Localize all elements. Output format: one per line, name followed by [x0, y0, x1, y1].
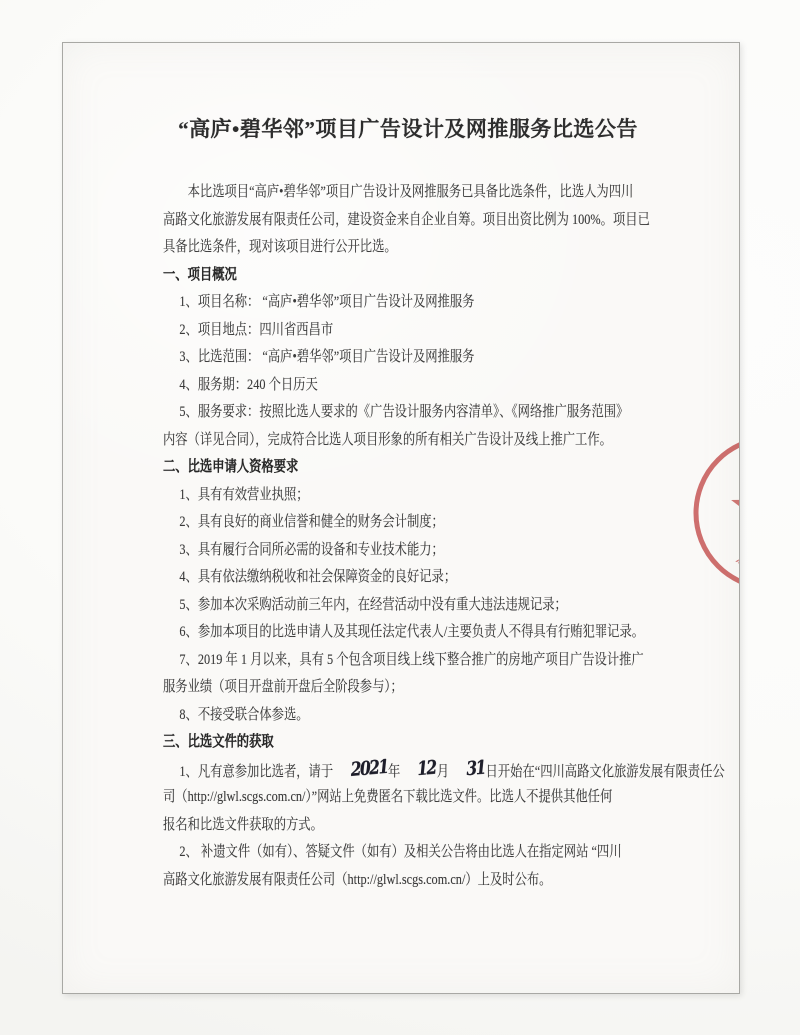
doc-line: 3、比选范围： “高庐•碧华邻”项目广告设计及网推服务: [163, 344, 653, 372]
handwritten-month: 12: [400, 754, 438, 785]
intro-line: 本比选项目“高庐•碧华邻”项目广告设计及网推服务已具备比选条件，比选人为四川: [163, 179, 653, 207]
doc-line: 6、参加本项目的比选申请人及其现任法定代表人/主要负责人不得具有行贿犯罪记录。: [163, 619, 653, 647]
doc-line: 5、服务要求：按照比选人要求的《广告设计服务内容清单》、《网络推广服务范围》: [163, 399, 653, 427]
intro-line: 具备比选条件，现对该项目进行公开比选。: [163, 234, 653, 262]
seal-company-name: 四川高路文化旅游发展有限责任公司: [689, 540, 740, 595]
doc-line: 高路文化旅游发展有限责任公司（http://glwl.scgs.com.cn/）…: [163, 867, 653, 895]
printed-text: 日开始在“四川高路文化旅游发展有限责任公: [486, 764, 725, 780]
section-heading-applicant-qualifications: 二、比选申请人资格要求: [163, 454, 653, 482]
document-title: “高庐•碧华邻”项目广告设计及网推服务比选公告: [163, 116, 653, 143]
doc-line: 2、项目地点：四川省西昌市: [163, 317, 653, 345]
doc-line: 1、具有有效营业执照；: [163, 482, 653, 510]
scanned-document-page: “高庐•碧华邻”项目广告设计及网推服务比选公告 本比选项目“高庐•碧华邻”项目广…: [62, 42, 740, 994]
section-heading-document-acquisition: 三、比选文件的获取: [163, 729, 653, 757]
doc-line: 内容（详见合同），完成符合比选人项目形象的所有相关广告设计及线上推广工作。: [163, 427, 653, 455]
doc-line-with-handwriting: 1、凡有意参加比选者，请于2021年12月31日开始在“四川高路文化旅游发展有限…: [163, 757, 653, 785]
doc-line: 2、 补遗文件（如有）、答疑文件（如有）及相关公告将由比选人在指定网站 “四川: [163, 839, 653, 867]
doc-line: 4、服务期：240 个日历天: [163, 372, 653, 400]
doc-line: 4、具有依法缴纳税收和社会保障资金的良好记录；: [163, 564, 653, 592]
doc-line: 1、项目名称： “高庐•碧华邻”项目广告设计及网推服务: [163, 289, 653, 317]
doc-line: 司（http://glwl.scgs.com.cn/）”网站上免费匿名下载比选文…: [163, 784, 653, 812]
handwritten-year: 2021: [332, 753, 388, 785]
intro-line: 高路文化旅游发展有限责任公司，建设资金来自企业自筹。项目出资比例为 100%。项…: [163, 207, 653, 235]
doc-line: 2、具有良好的商业信誉和健全的财务会计制度；: [163, 509, 653, 537]
handwritten-day: 31: [448, 754, 486, 785]
doc-line: 3、具有履行合同所必需的设备和专业技术能力；: [163, 537, 653, 565]
official-red-seal: 四川高路文化旅游发展有限责任公司: [689, 431, 740, 595]
doc-line: 8、不接受联合体参选。: [163, 702, 653, 730]
document-content: “高庐•碧华邻”项目广告设计及网推服务比选公告 本比选项目“高庐•碧华邻”项目广…: [163, 43, 653, 894]
doc-line: 服务业绩（项目开盘前开盘后全阶段参与）；: [163, 674, 653, 702]
section-heading-project-overview: 一、项目概况: [163, 262, 653, 290]
printed-text: 1、凡有意参加比选者，请于: [179, 764, 333, 780]
doc-line: 7、2019 年 1 月以来，具有 5 个包含项目线上线下整合推广的房地产项目广…: [163, 647, 653, 675]
printed-month-label: 月: [437, 764, 449, 780]
printed-year-label: 年: [388, 764, 400, 780]
doc-line: 5、参加本次采购活动前三年内，在经营活动中没有重大违法违规记录；: [163, 592, 653, 620]
seal-star: [731, 471, 740, 547]
doc-line: 报名和比选文件获取的方式。: [163, 812, 653, 840]
